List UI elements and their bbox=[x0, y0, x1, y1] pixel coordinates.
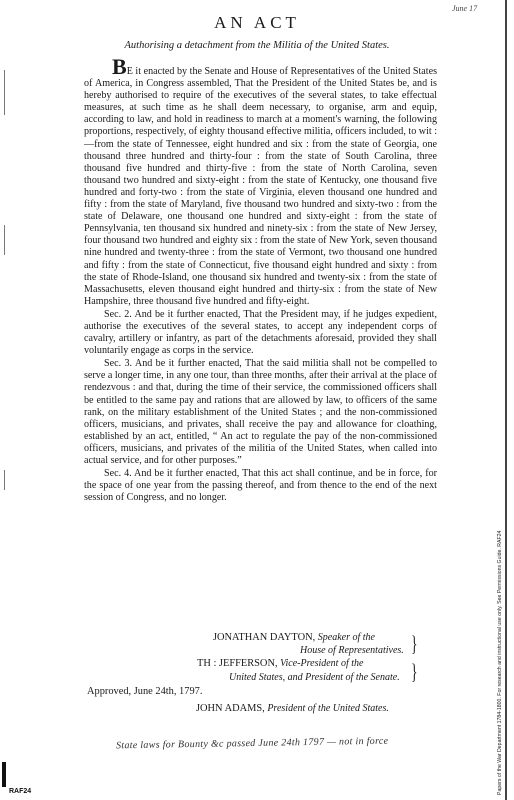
president-signature: JOHN ADAMS, President of the United Stat… bbox=[196, 703, 389, 714]
act-body: BE it enacted by the Senate and House of… bbox=[84, 60, 437, 504]
drop-cap: B bbox=[112, 54, 127, 79]
archive-side-note: Papers of the War Department 1784-1800. … bbox=[497, 531, 503, 795]
enacting-clause: BE it enacted by the Senate and House of… bbox=[84, 60, 437, 308]
speaker-title-line1: Speaker of the bbox=[318, 632, 375, 643]
section-4: Sec. 4. And be it further enacted, That … bbox=[84, 468, 437, 504]
vp-title-line2: United States, and President of the Sena… bbox=[229, 672, 400, 683]
approval-date: Approved, June 24th, 1797. bbox=[87, 686, 202, 697]
enacting-text: E it enacted by the Senate and House of … bbox=[84, 66, 437, 307]
vice-president-signature: TH : JEFFERSON, Vice-President of the bbox=[197, 658, 363, 669]
scanned-document-page: June 17 AN ACT Authorising a detachment … bbox=[0, 0, 514, 800]
brace-icon: } bbox=[411, 661, 417, 683]
corner-handwritten-note: June 17 bbox=[452, 4, 477, 13]
page-edge-border bbox=[505, 0, 507, 800]
president-title: President of the United States. bbox=[267, 703, 389, 714]
president-name: JOHN ADAMS, bbox=[196, 703, 265, 714]
handwritten-endorsement: State laws for Bounty &c passed June 24t… bbox=[116, 736, 389, 752]
scan-corner-mark bbox=[2, 762, 6, 787]
archive-corner-label: RAF24 bbox=[9, 788, 31, 795]
act-subtitle: Authorising a detachment from the Militi… bbox=[0, 40, 514, 51]
vp-title-line1: Vice-President of the bbox=[280, 658, 363, 669]
vp-title: United States, and President of the Sena… bbox=[229, 672, 400, 683]
brace-icon: } bbox=[411, 633, 417, 655]
speaker-title: House of Representatives. bbox=[300, 645, 404, 656]
scan-artifact bbox=[4, 225, 5, 255]
section-2: Sec. 2. And be it further enacted, That … bbox=[84, 309, 437, 357]
act-title: AN ACT bbox=[0, 13, 514, 33]
speaker-name: JONATHAN DAYTON, bbox=[213, 632, 315, 643]
speaker-signature: JONATHAN DAYTON, Speaker of the bbox=[213, 632, 375, 643]
section-3: Sec. 3. And be it further enacted, That … bbox=[84, 358, 437, 467]
vp-name: TH : JEFFERSON, bbox=[197, 658, 278, 669]
scan-artifact bbox=[4, 470, 5, 490]
scan-artifact bbox=[4, 70, 5, 115]
speaker-title-line2: House of Representatives. bbox=[300, 645, 404, 656]
